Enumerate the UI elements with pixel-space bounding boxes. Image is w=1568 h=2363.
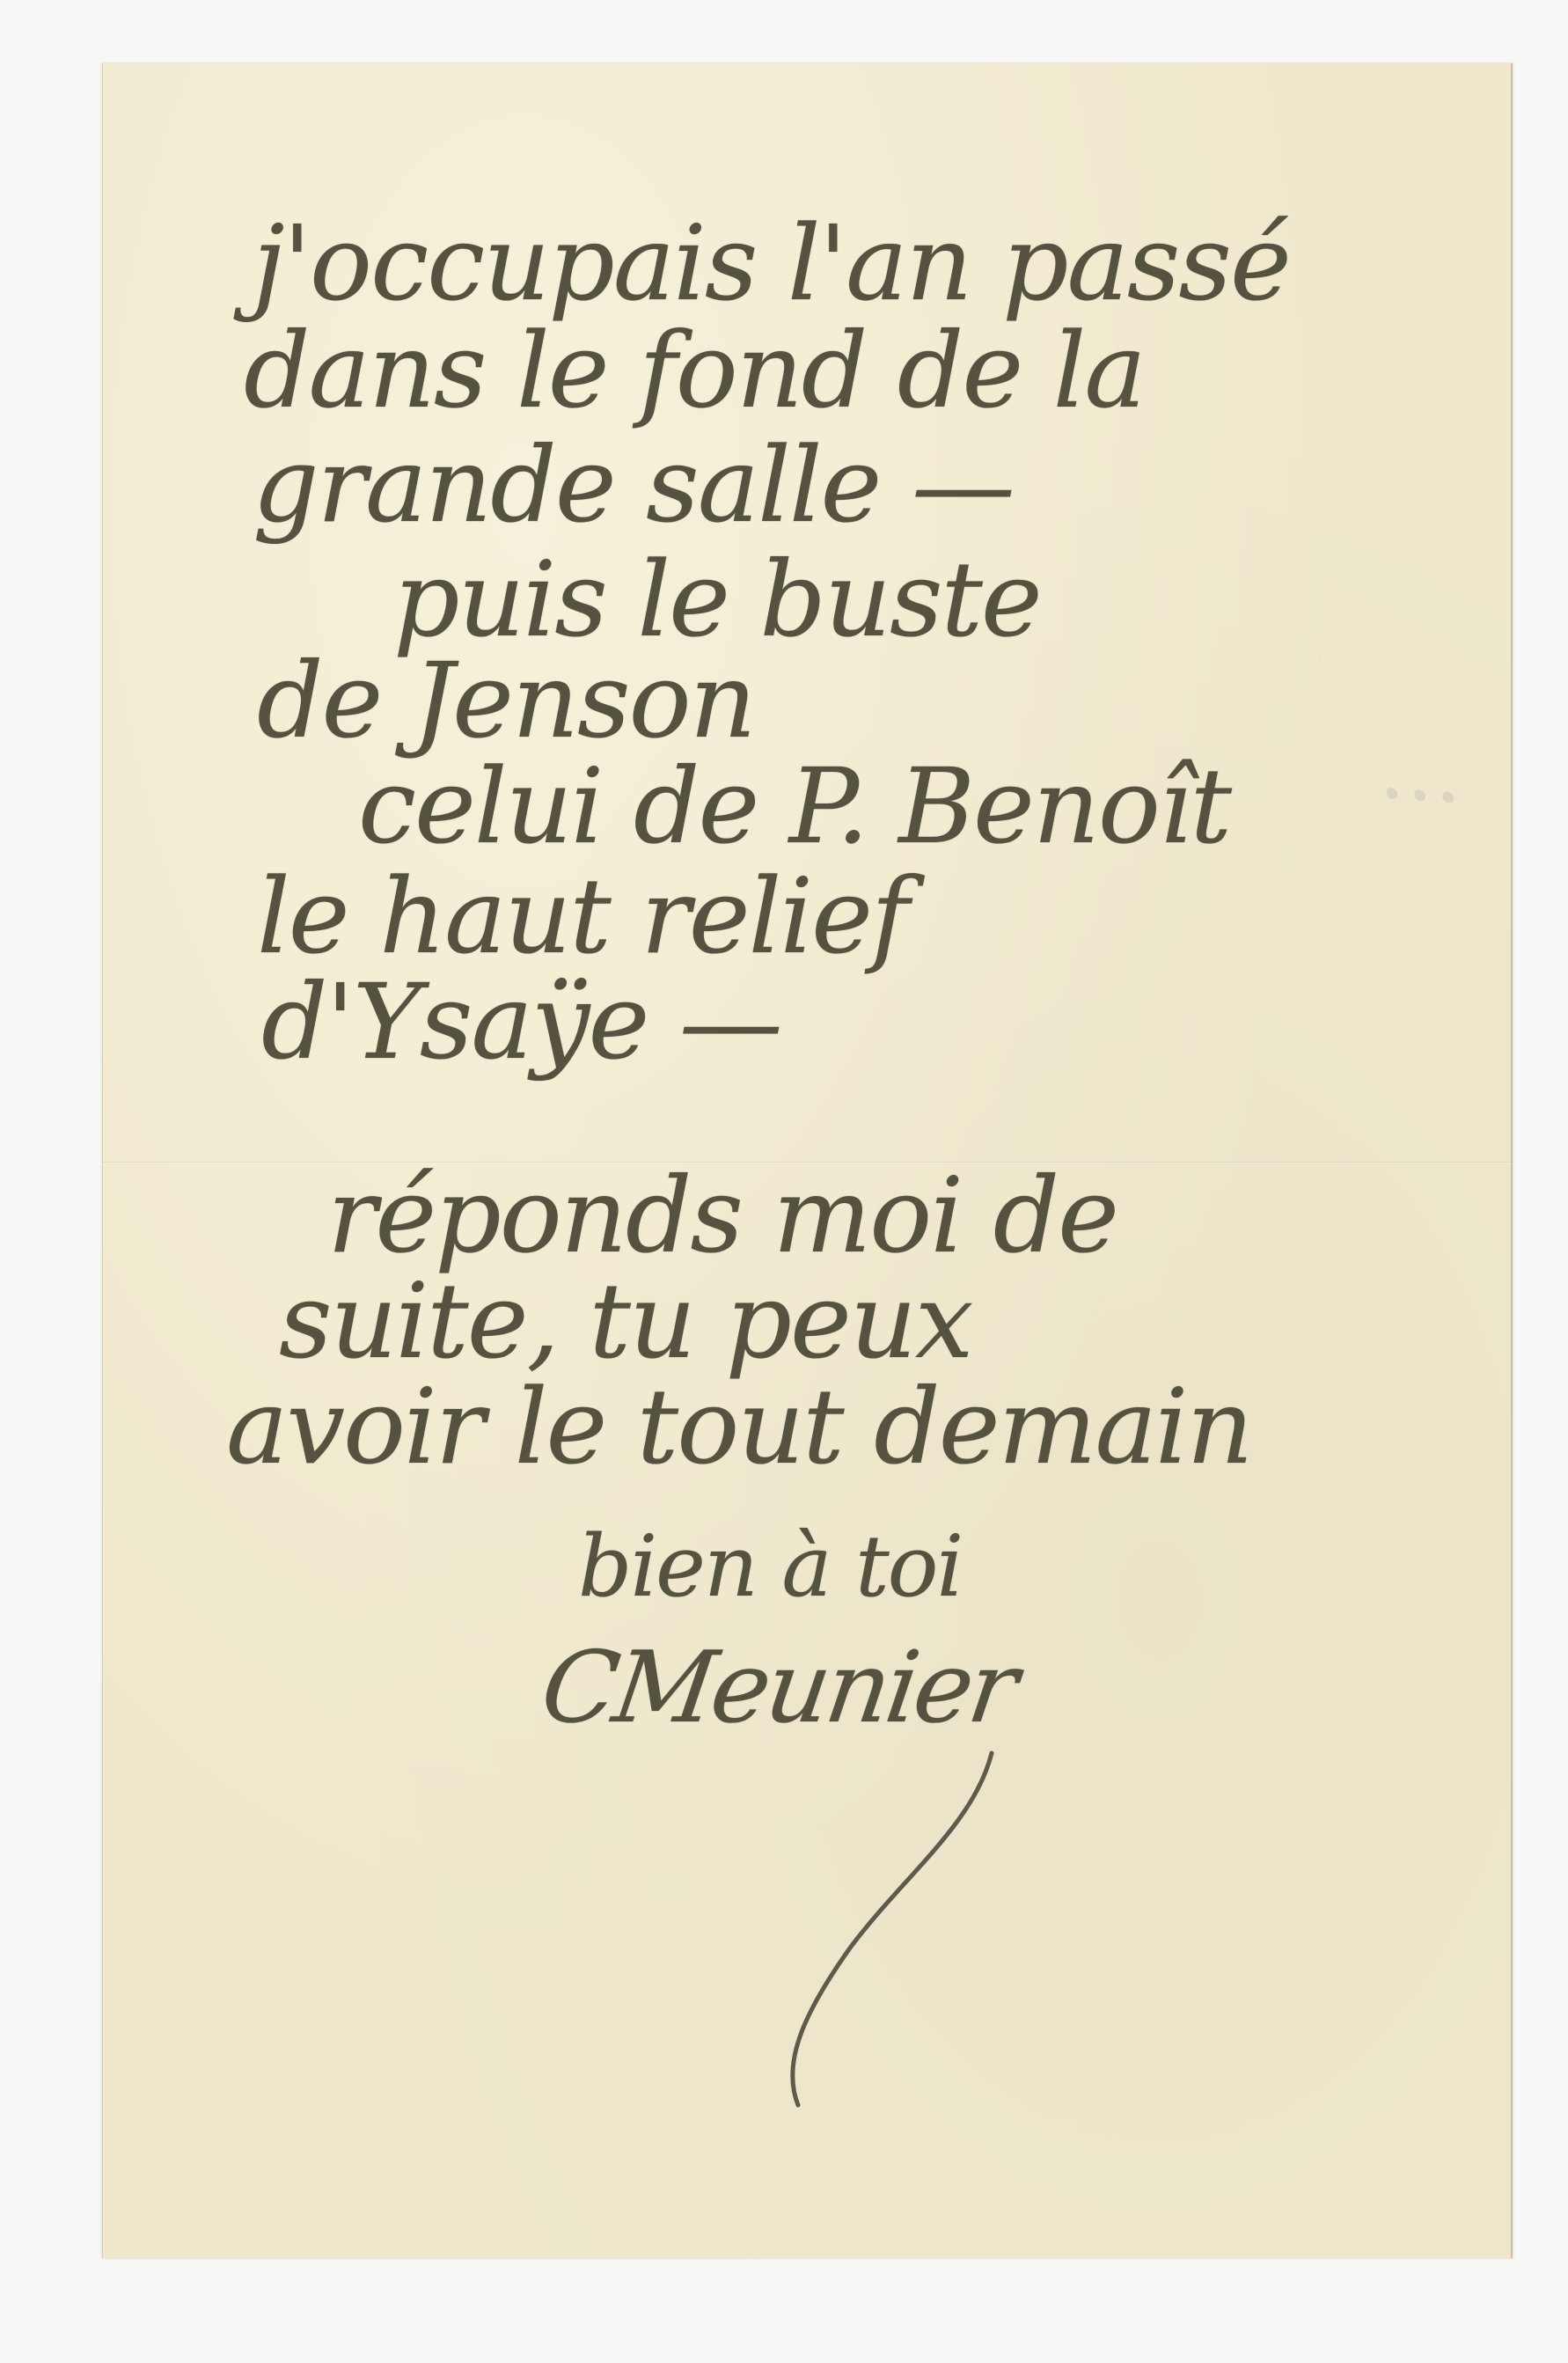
- letter-line-6: celui de P. Benoît: [358, 754, 1230, 858]
- letter-line-10: suite, tu peux: [279, 1269, 971, 1373]
- signature-flourish-icon: [772, 1744, 1000, 2114]
- letter-line-1: j'occupais l'an passé: [253, 211, 1290, 315]
- letter-line-2: dans le fond de la: [244, 319, 1145, 422]
- letter-closing: bien à toi: [578, 1524, 962, 1609]
- letter-line-11: avoir le tout demain: [226, 1375, 1252, 1479]
- letter-line-8: d'Ysaÿe —: [261, 970, 781, 1074]
- letter-line-7: le haut relief: [257, 864, 908, 968]
- signature: CMeunier: [536, 1639, 1020, 1737]
- letter-line-9: réponds moi de: [327, 1163, 1117, 1267]
- letter-line-4: puis le buste: [393, 547, 1041, 651]
- letter-line-3: grande salle —: [253, 433, 1014, 537]
- letter-line-5: de Jenson: [257, 649, 755, 752]
- letter-page: … j'occupais l'an passé dans le fond de …: [102, 63, 1513, 2258]
